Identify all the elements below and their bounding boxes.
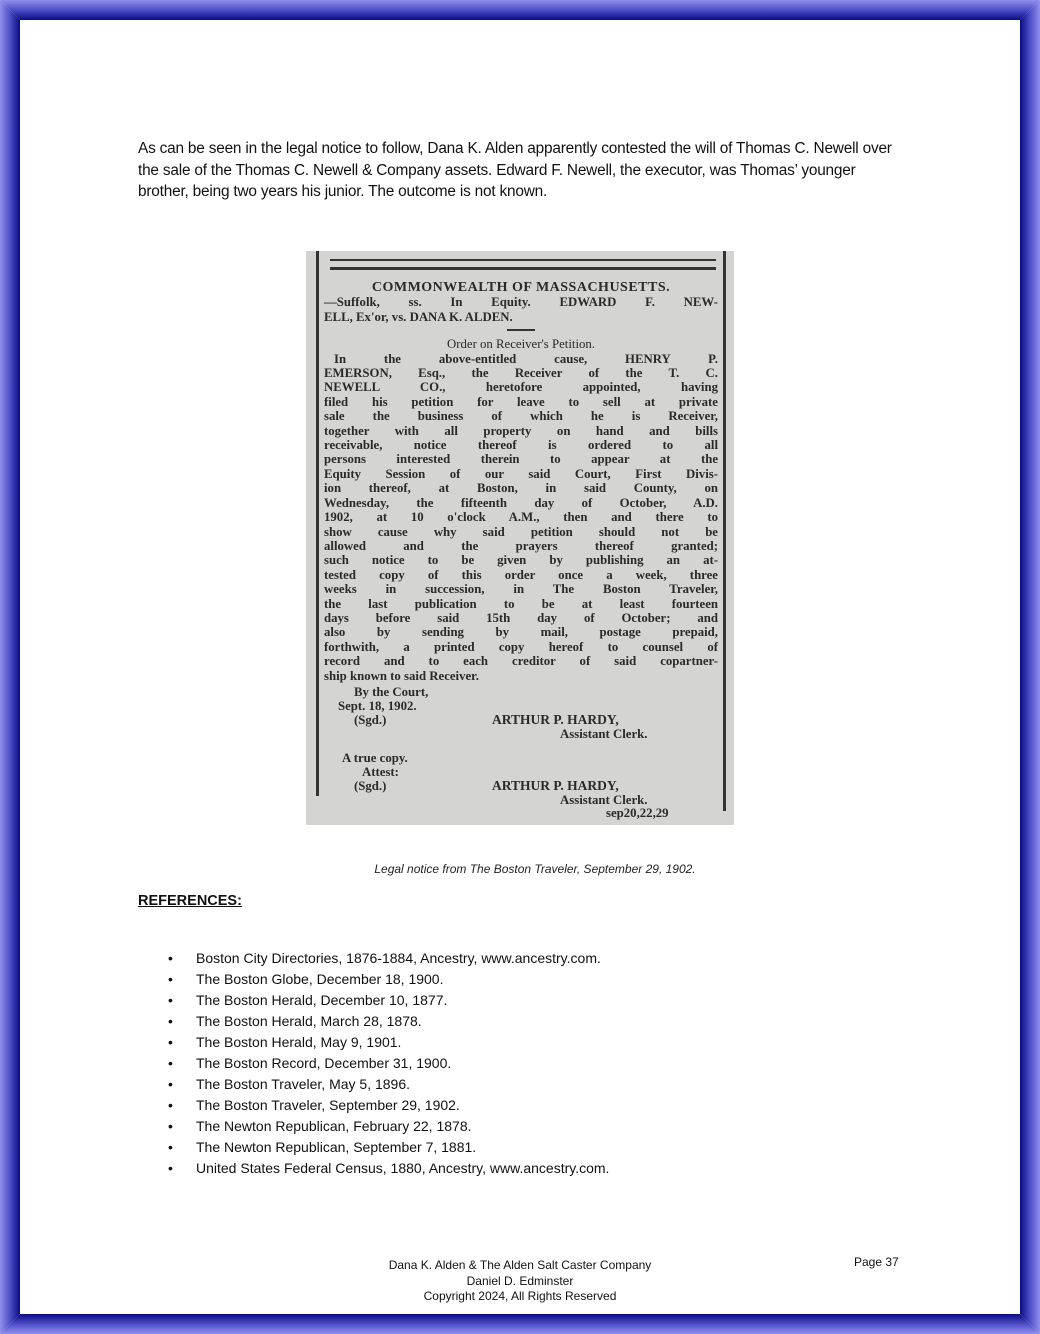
clipping-line: Equity Session of our said Court, First …	[324, 467, 718, 481]
clipping-line: EMERSON, Esq., the Receiver of the T. C.	[324, 366, 718, 380]
clipping-line: NEWELL CO., heretofore appointed, having	[324, 380, 718, 394]
reference-text: The Boston Herald, March 28, 1878.	[196, 1013, 422, 1029]
border-left	[0, 0, 20, 1334]
reference-text: The Boston Herald, December 10, 1877.	[196, 992, 447, 1008]
clipping-line: 1902, at 10 o'clock A.M., then and there…	[324, 510, 718, 524]
signer-role-1: Assistant Clerk.	[560, 727, 647, 741]
bullet-icon: •	[168, 1158, 173, 1179]
clipping-line: Wednesday, the fifteenth day of October,…	[324, 496, 718, 510]
bullet-icon: •	[168, 969, 173, 990]
header-rule-thin	[330, 259, 716, 261]
clipping-line: record and to each creditor of said copa…	[324, 654, 718, 668]
page-footer: Dana K. Alden & The Alden Salt Caster Co…	[320, 1258, 720, 1305]
reference-text: The Boston Herald, May 9, 1901.	[196, 1034, 401, 1050]
reference-item: •The Boston Herald, March 28, 1878.	[165, 1011, 609, 1032]
bullet-icon: •	[168, 1032, 173, 1053]
clipping-line: together with all property on hand and b…	[324, 424, 718, 438]
reference-text: The Newton Republican, September 7, 1881…	[196, 1139, 476, 1155]
column-rule-left	[316, 251, 319, 796]
bullet-icon: •	[168, 1074, 173, 1095]
clipping-subheading-2: ELL, Ex'or, vs. DANA K. ALDEN.	[324, 310, 718, 324]
clipping-line: In the above-entitled cause, HENRY P.	[324, 352, 718, 366]
clipping-dash	[507, 329, 535, 331]
reference-item: •The Boston Globe, December 18, 1900.	[165, 969, 609, 990]
clipping-line: show cause why said petition should not …	[324, 525, 718, 539]
clipping-line: persons interested therein to appear at …	[324, 452, 718, 466]
bullet-icon: •	[168, 948, 173, 969]
bullet-icon: •	[168, 1116, 173, 1137]
reference-text: United States Federal Census, 1880, Ance…	[196, 1160, 609, 1176]
clipping-line: also by sending by mail, postage prepaid…	[324, 625, 718, 639]
reference-item: •The Boston Traveler, September 29, 1902…	[165, 1095, 609, 1116]
signer-name-2: ARTHUR P. HARDY,	[492, 779, 619, 793]
reference-item: •United States Federal Census, 1880, Anc…	[165, 1158, 609, 1179]
clipping-subheading-1: —Suffolk, ss. In Equity. EDWARD F. NEW-	[324, 295, 718, 309]
border-right	[1020, 0, 1040, 1334]
clipping-line: the last publication to be at least four…	[324, 597, 718, 611]
clipping-text: COMMONWEALTH OF MASSACHUSETTS. —Suffolk,…	[324, 281, 718, 795]
court-date: Sept. 18, 1902.	[338, 699, 417, 713]
clipping-line: ship known to said Receiver.	[324, 669, 718, 683]
header-rule-thick	[330, 267, 716, 270]
clipping-line: filed his petition for leave to sell at …	[324, 395, 718, 409]
bullet-icon: •	[168, 1095, 173, 1116]
clipping-line: sale the business of which he is Receive…	[324, 409, 718, 423]
clipping-line: ion thereof, at Boston, in said County, …	[324, 481, 718, 495]
clipping-title: Order on Receiver's Petition.	[324, 337, 718, 351]
reference-text: The Boston Globe, December 18, 1900.	[196, 971, 443, 987]
by-court: By the Court,	[354, 685, 428, 699]
bullet-icon: •	[168, 1053, 173, 1074]
border-bottom	[0, 1314, 1040, 1334]
reference-text: The Newton Republican, February 22, 1878…	[196, 1118, 472, 1134]
attest: Attest:	[362, 765, 399, 779]
reference-item: •The Boston Record, December 31, 1900.	[165, 1053, 609, 1074]
clipping-line: receivable, notice thereof is ordered to…	[324, 438, 718, 452]
bullet-icon: •	[168, 990, 173, 1011]
footer-copyright: Copyright 2024, All Rights Reserved	[320, 1289, 720, 1305]
references-list: •Boston City Directories, 1876-1884, Anc…	[165, 948, 609, 1179]
clipping-signature-block: By the Court, Sept. 18, 1902. (Sgd.) ART…	[324, 685, 718, 795]
reference-text: The Boston Record, December 31, 1900.	[196, 1055, 451, 1071]
clipping-body: In the above-entitled cause, HENRY P.EME…	[324, 352, 718, 683]
bullet-icon: •	[168, 1137, 173, 1158]
clipping-line: tested copy of this order once a week, t…	[324, 568, 718, 582]
clipping-line: days before said 15th day of October; an…	[324, 611, 718, 625]
intro-paragraph: As can be seen in the legal notice to fo…	[138, 138, 908, 203]
clipping-line: such notice to be given by publishing an…	[324, 553, 718, 567]
true-copy: A true copy.	[342, 751, 408, 765]
bullet-icon: •	[168, 1011, 173, 1032]
reference-text: Boston City Directories, 1876-1884, Ance…	[196, 950, 601, 966]
clipping-line: forthwith, a printed copy hereof to coun…	[324, 640, 718, 654]
column-rule-right	[723, 251, 726, 811]
run-dates: sep20,22,29	[606, 806, 669, 820]
newspaper-clipping-image: COMMONWEALTH OF MASSACHUSETTS. —Suffolk,…	[306, 251, 734, 825]
reference-item: •The Boston Herald, December 10, 1877.	[165, 990, 609, 1011]
footer-author: Daniel D. Edminster	[320, 1274, 720, 1290]
image-caption: Legal notice from The Boston Traveler, S…	[0, 862, 1040, 876]
page-number: Page 37	[854, 1255, 899, 1269]
signer-name-1: ARTHUR P. HARDY,	[492, 713, 619, 727]
signed-2: (Sgd.)	[354, 779, 386, 793]
footer-title: Dana K. Alden & The Alden Salt Caster Co…	[320, 1258, 720, 1274]
reference-text: The Boston Traveler, September 29, 1902.	[196, 1097, 460, 1113]
reference-item: •The Boston Traveler, May 5, 1896.	[165, 1074, 609, 1095]
reference-item: •The Newton Republican, February 22, 187…	[165, 1116, 609, 1137]
reference-item: •The Boston Herald, May 9, 1901.	[165, 1032, 609, 1053]
clipping-line: weeks in succession, in The Boston Trave…	[324, 582, 718, 596]
reference-text: The Boston Traveler, May 5, 1896.	[196, 1076, 410, 1092]
signed-1: (Sgd.)	[354, 713, 386, 727]
border-top	[0, 0, 1040, 20]
reference-item: •The Newton Republican, September 7, 188…	[165, 1137, 609, 1158]
reference-item: •Boston City Directories, 1876-1884, Anc…	[165, 948, 609, 969]
references-heading: REFERENCES:	[138, 893, 242, 909]
clipping-line: allowed and the prayers thereof granted;	[324, 539, 718, 553]
clipping-heading: COMMONWEALTH OF MASSACHUSETTS.	[324, 281, 718, 295]
